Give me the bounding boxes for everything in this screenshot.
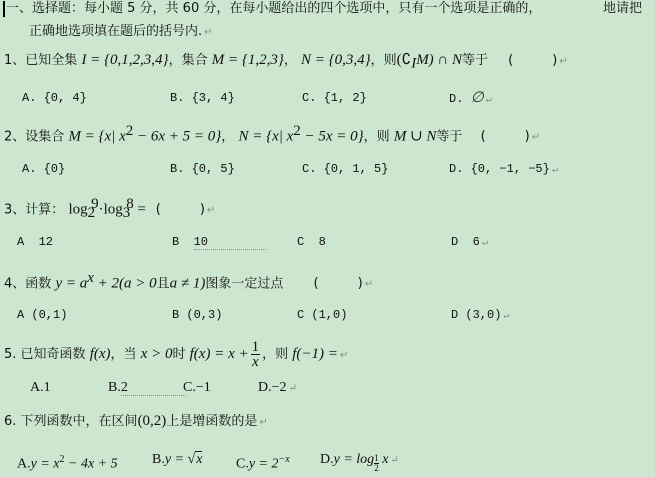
math-expr: − 6x + 5 = 0} [133, 128, 221, 144]
question-number: 5. [4, 347, 16, 362]
option-d[interactable]: D.y = log12 x↵ [320, 452, 399, 473]
return-mark-icon: ↵ [204, 27, 212, 38]
return-mark-icon: ↵ [559, 56, 567, 67]
stem-text: 已知全集 [25, 53, 77, 68]
stem-text: ，则 [262, 347, 288, 362]
stem-text: 时 [172, 347, 185, 362]
return-mark-icon: ↵ [289, 383, 297, 394]
section-heading-line2: 正确地选项填在题后的括号内.↵ [29, 24, 213, 41]
option-a[interactable]: A.y = x2 − 4x + 5 [17, 452, 118, 473]
math-expr: log [68, 201, 87, 217]
option-b[interactable]: B.y = √x [152, 452, 202, 468]
fraction: 1x [251, 340, 261, 369]
stem-text: 下列函数中，在区间 [21, 414, 138, 429]
stem-text: ，当 [111, 347, 137, 362]
math-expr: M = {x| x [68, 128, 125, 144]
question-4: 4、函数 y = ax + 2(a > 0且a ≠ 1)图象一定过点 ( )↵ [4, 270, 373, 293]
math-expr: M ∪ N [394, 128, 437, 144]
option-d[interactable]: D (3,0)↵ [451, 307, 509, 325]
option-b[interactable]: B. {0, 5} [170, 161, 235, 177]
section-heading-tail: 地请把 [603, 1, 642, 17]
question-3: 3、计算： log29·log38 = ( )↵ [4, 196, 215, 221]
option-d[interactable]: D.−2↵ [258, 380, 297, 397]
option-a[interactable]: A (0,1) [17, 307, 67, 323]
math-sup: 8 [126, 196, 134, 212]
stem-text: 已知奇函数 [21, 347, 86, 362]
math-expr: + 2(a > 0 [94, 275, 157, 291]
option-c[interactable]: C. {1, 2} [302, 90, 367, 106]
stem-text: ， [284, 53, 297, 68]
return-mark-icon: ↵ [390, 455, 398, 466]
stem-text: 上是增函数的是 [166, 414, 257, 429]
text-cursor [3, 1, 5, 17]
math-expr: M) ∩ N [416, 52, 462, 68]
stem-text: ， [221, 129, 234, 144]
stem-text: ，集合 [169, 53, 208, 68]
option-a[interactable]: A.1 [30, 380, 51, 396]
heading-text-2: 正确地选项填在题后的括号内. [29, 24, 202, 39]
question-5: 5. 已知奇函数 f(x)，当 x > 0时 f(x) = x +1x，则 f(… [4, 340, 348, 369]
question-number: 4、 [4, 276, 25, 291]
question-number: 2、 [4, 129, 25, 144]
math-expr: = [134, 201, 150, 217]
math-expr: − 5x = 0} [301, 128, 364, 144]
option-d[interactable]: D. {0, −1, −5}↵ [449, 161, 558, 179]
return-mark-icon: ↵ [486, 95, 492, 106]
return-mark-icon: ↵ [259, 417, 267, 428]
option-d[interactable]: D. ∅↵ [449, 90, 492, 109]
math-expr: x > 0 [141, 346, 173, 362]
option-c[interactable]: C 8 [297, 234, 326, 250]
answer-blank[interactable]: ( ) [481, 129, 530, 144]
math-expr: N = {x| x [238, 128, 293, 144]
question-number: 1、 [4, 53, 25, 68]
stem-text: 等于 [462, 53, 488, 68]
math-expr: f(x) = x + [190, 346, 249, 362]
return-mark-icon: ↵ [340, 350, 348, 361]
section-heading-line1: 一、选择题：每小题 5 分，共 60 分，在每小题给出的四个选项中，只有一个选项… [6, 1, 541, 17]
stem-text: 函数 [25, 276, 51, 291]
math-expr: ·log [99, 201, 123, 217]
question-2: 2、设集合 M = {x| x2 − 6x + 5 = 0}， N = {x| … [4, 123, 540, 146]
return-mark-icon: ↵ [503, 311, 509, 322]
math-expr: I = {0,1,2,3,4} [81, 52, 168, 68]
option-a[interactable]: A. {0, 4} [22, 90, 87, 106]
math-expr: a ≠ 1) [170, 275, 206, 291]
option-b[interactable]: B. {3, 4} [170, 90, 235, 106]
math-expr: M = {1,2,3} [212, 52, 284, 68]
option-c[interactable]: C (1,0) [297, 307, 347, 323]
stem-text: ，则 [364, 129, 390, 144]
heading-tail-text: 地请把 [603, 1, 642, 16]
math-sup: x [87, 270, 94, 286]
math-sup: 2 [293, 123, 301, 139]
math-expr: (0,2) [138, 413, 167, 429]
stem-text: 设集合 [25, 129, 64, 144]
option-a[interactable]: A 12 [17, 234, 53, 250]
return-mark-icon: ↵ [207, 205, 215, 216]
option-a[interactable]: A. {0} [22, 161, 65, 177]
heading-text: 一、选择题：每小题 5 分，共 60 分，在每小题给出的四个选项中，只有一个选项… [6, 1, 541, 16]
stem-text: ，则 [371, 53, 397, 68]
option-c[interactable]: C. {0, 1, 5} [302, 161, 388, 177]
option-c[interactable]: C.−1 [183, 380, 211, 396]
math-expr: y = a [55, 275, 87, 291]
return-mark-icon: ↵ [482, 238, 488, 249]
question-number: 3、 [4, 202, 25, 217]
stem-text: 图象一定过点 [205, 276, 283, 291]
stem-text: 计算： [25, 202, 64, 217]
math-expr: N = {0,3,4} [301, 52, 371, 68]
question-1: 1、已知全集 I = {0,1,2,3,4}，集合 M = {1,2,3}， N… [4, 52, 568, 72]
math-expr: f(x) [90, 346, 111, 362]
stem-text: 且 [157, 276, 170, 291]
answer-blank[interactable]: ( ) [156, 202, 205, 217]
option-b[interactable]: B 10 [172, 234, 266, 250]
option-b[interactable]: B.2 [108, 380, 186, 396]
option-b[interactable]: B (0,3) [172, 307, 222, 323]
option-c[interactable]: C.y = 2−x [236, 452, 290, 473]
return-mark-icon: ↵ [552, 165, 558, 176]
math-expr: (∁ [397, 52, 412, 68]
math-expr: f(−1) = [292, 346, 338, 362]
return-mark-icon: ↵ [532, 132, 540, 143]
return-mark-icon: ↵ [365, 279, 373, 290]
answer-blank[interactable]: ( ) [314, 276, 363, 291]
stem-text: 等于 [436, 129, 462, 144]
answer-blank[interactable]: ( ) [508, 53, 557, 68]
math-sup: 9 [91, 196, 99, 212]
option-d[interactable]: D 6↵ [451, 234, 488, 252]
question-number: 6. [4, 414, 16, 429]
question-6: 6. 下列函数中，在区间(0,2)上是增函数的是↵ [4, 413, 268, 431]
